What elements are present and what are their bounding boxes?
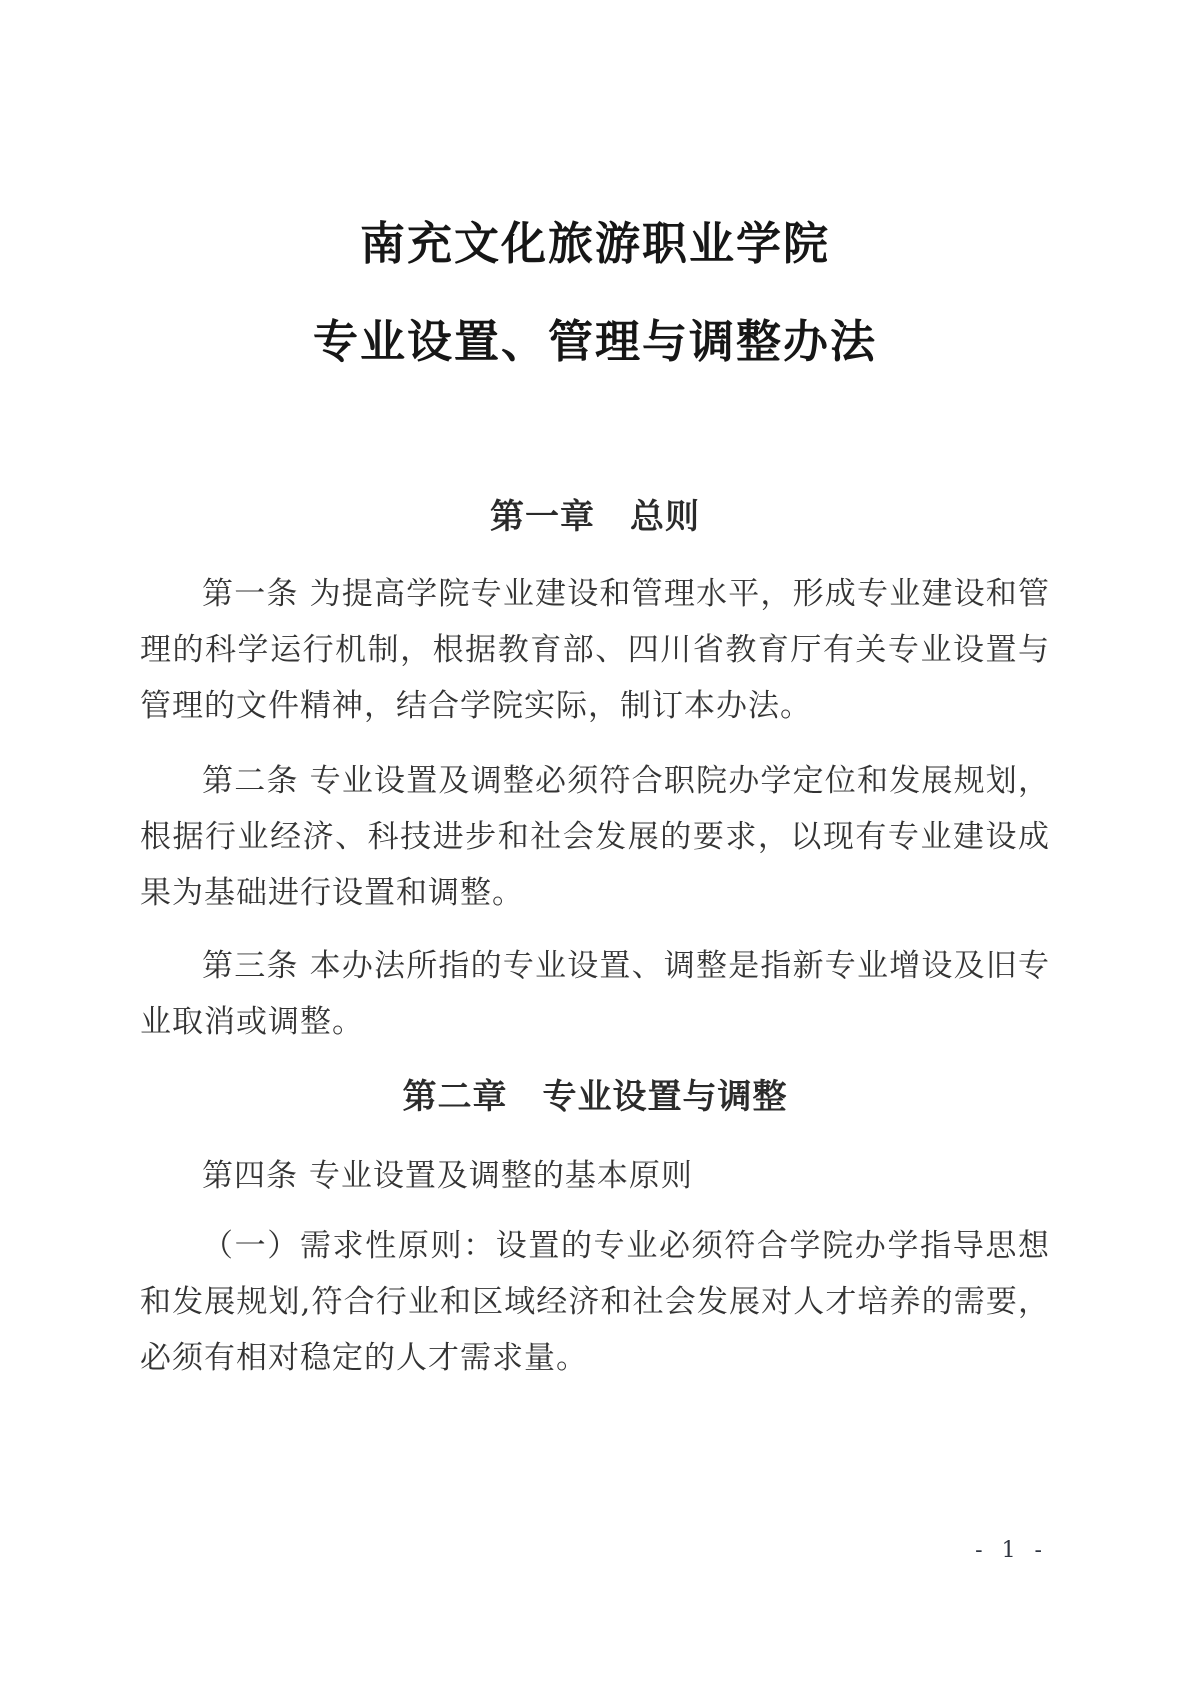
chapter-2-heading: 第二章 专业设置与调整 bbox=[140, 1076, 1050, 1118]
paragraph-article-1: 第一条 为提高学院专业建设和管理水平，形成专业建设和管理的科学运行机制，根据教育… bbox=[140, 566, 1050, 734]
page-number: - 1 - bbox=[975, 1538, 1048, 1564]
document-title-line1: 南充文化旅游职业学院 bbox=[140, 218, 1050, 270]
paragraph-article-4: 第四条 专业设置及调整的基本原则 bbox=[140, 1148, 1050, 1204]
paragraph-article-2: 第二条 专业设置及调整必须符合职院办学定位和发展规划，根据行业经济、科技进步和社… bbox=[140, 753, 1050, 921]
chapter-1-heading: 第一章 总则 bbox=[140, 496, 1050, 538]
paragraph-article-3: 第三条 本办法所指的专业设置、调整是指新专业增设及旧专业取消或调整。 bbox=[140, 938, 1050, 1050]
paragraph-principle-1: （一）需求性原则：设置的专业必须符合学院办学指导思想和发展规划,符合行业和区域经… bbox=[140, 1218, 1050, 1386]
document-page: 南充文化旅游职业学院 专业设置、管理与调整办法 第一章 总则 第一条 为提高学院… bbox=[0, 0, 1190, 1683]
document-title-line2: 专业设置、管理与调整办法 bbox=[140, 316, 1050, 368]
